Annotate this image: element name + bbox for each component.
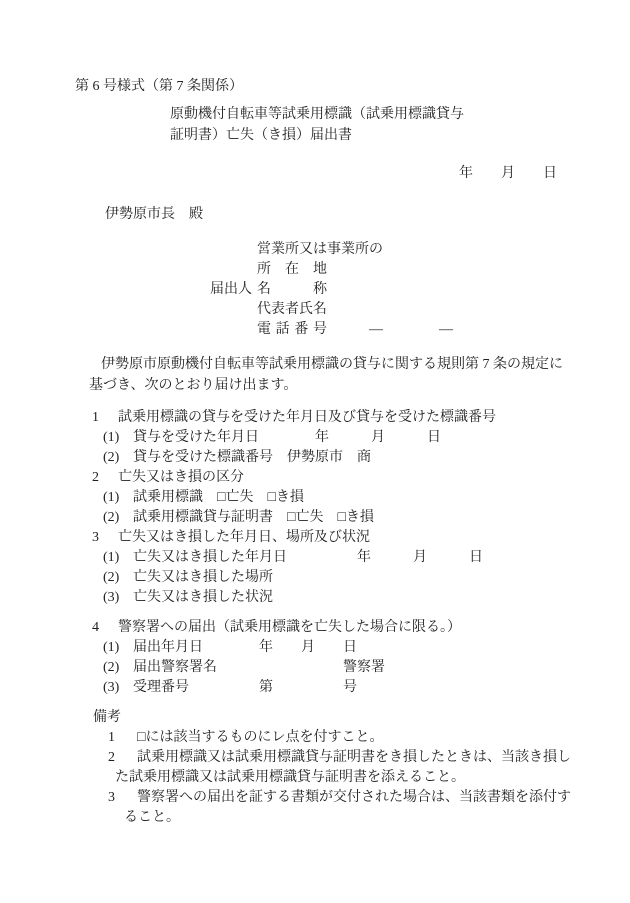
section-4-item-3: (3) 受理番号 第 号	[103, 678, 592, 698]
item-text: 届出年月日 年 月 日	[133, 638, 357, 658]
phone-label: 電話番号	[257, 320, 327, 340]
section-3-item-3: (3) 亡失又はき損した状況	[103, 588, 592, 608]
intro-paragraph: 伊勢原市原動機付自転車等試乗用標識の貸与に関する規則第 7 条の規定に 基づき、…	[89, 354, 569, 396]
item-text-with-checkboxes: 試乗用標識 □亡失 □き損	[133, 488, 304, 508]
document-page: 第 6 号様式（第 7 条関係） 原動機付自転車等試乗用標識（試乗用標識貸与 証…	[0, 0, 630, 903]
applicant-office-line: 営業所又は事業所の	[257, 240, 453, 260]
item-number: (1)	[103, 548, 133, 568]
applicant-label: 届出人	[210, 280, 252, 300]
document-title: 原動機付自転車等試乗用標識（試乗用標識貸与 証明書）亡失（き損）届出書	[170, 104, 464, 146]
date-line: 年 月 日	[0, 164, 630, 184]
applicant-fields: 営業所又は事業所の 所在地 名称 代表者氏名 電話番号 ― ―	[257, 240, 453, 340]
item-number: (2)	[103, 568, 133, 588]
section-2-heading: 2 亡失又はき損の区分	[92, 468, 592, 488]
item-number: (2)	[103, 508, 133, 528]
form-body: 1 試乗用標識の貸与を受けた年月日及び貸与を受けた標識番号 (1) 貸与を受けた…	[92, 408, 592, 828]
item-number: (3)	[103, 588, 133, 608]
section-1-title: 試乗用標識の貸与を受けた年月日及び貸与を受けた標識番号	[118, 408, 496, 428]
title-line-1: 原動機付自転車等試乗用標識（試乗用標識貸与	[170, 104, 464, 125]
item-text-with-checkboxes: 試乗用標識貸与証明書 □亡失 □き損	[133, 508, 374, 528]
section-1-item-2: (2) 貸与を受けた標識番号 伊勢原市 商	[103, 448, 592, 468]
intro-line-1: 伊勢原市原動機付自転車等試乗用標識の貸与に関する規則第 7 条の規定に	[89, 354, 569, 375]
remark-1: 1 □には該当するものにレ点を付すこと。	[108, 728, 592, 748]
remark-text: 試乗用標識又は試乗用標識貸与証明書をき損したときは、当該き損し	[137, 748, 571, 768]
item-text: 亡失又はき損した年月日 年 月 日	[133, 548, 483, 568]
remark-text: 警察署への届出を証する書類が交付された場合は、当該書類を添付す	[137, 788, 571, 808]
section-3-heading: 3 亡失又はき損した年月日、場所及び状況	[92, 528, 592, 548]
section-3-item-2: (2) 亡失又はき損した場所	[103, 568, 592, 588]
intro-line-2: 基づき、次のとおり届け出ます。	[89, 375, 569, 396]
representative-label: 代表者氏名	[257, 300, 327, 320]
item-text: 亡失又はき損した場所	[133, 568, 273, 588]
section-3-title: 亡失又はき損した年月日、場所及び状況	[118, 528, 370, 548]
title-line-2: 証明書）亡失（き損）届出書	[170, 125, 464, 146]
item-text: 届出警察署名 警察署	[133, 658, 385, 678]
applicant-address-row: 所在地	[257, 260, 453, 280]
remark-2-continuation: た試乗用標識又は試乗用標識貸与証明書を添えること。	[115, 768, 592, 788]
section-4-item-2: (2) 届出警察署名 警察署	[103, 658, 592, 678]
remark-3: 3 警察署への届出を証する書類が交付された場合は、当該書類を添付す	[108, 788, 592, 808]
section-1-item-1: (1) 貸与を受けた年月日 年 月 日	[103, 428, 592, 448]
section-3-item-1: (1) 亡失又はき損した年月日 年 月 日	[103, 548, 592, 568]
applicant-representative-row: 代表者氏名	[257, 300, 453, 320]
section-1-number: 1	[92, 408, 118, 428]
item-text: 貸与を受けた年月日 年 月 日	[133, 428, 441, 448]
remarks-heading: 備考	[93, 708, 592, 728]
section-2-title: 亡失又はき損の区分	[118, 468, 244, 488]
remark-2: 2 試乗用標識又は試乗用標識貸与証明書をき損したときは、当該き損し	[108, 748, 592, 768]
remark-text: □には該当するものにレ点を付すこと。	[137, 728, 383, 748]
item-number: (1)	[103, 488, 133, 508]
form-number: 第 6 号様式（第 7 条関係）	[75, 77, 243, 97]
section-4-title: 警察署への届出（試乗用標識を亡失した場合に限る。）	[118, 618, 461, 638]
section-2-item-1: (1) 試乗用標識 □亡失 □き損	[103, 488, 592, 508]
section-2-item-2: (2) 試乗用標識貸与証明書 □亡失 □き損	[103, 508, 592, 528]
remark-3-continuation: ること。	[124, 808, 592, 828]
address-label: 所在地	[257, 260, 327, 280]
name-label: 名称	[257, 280, 327, 300]
section-3-number: 3	[92, 528, 118, 548]
remark-number: 1	[108, 728, 137, 748]
remark-number: 3	[108, 788, 137, 808]
item-text: 受理番号 第 号	[133, 678, 357, 698]
remarks-block: 備考 1 □には該当するものにレ点を付すこと。 2 試乗用標識又は試乗用標識貸与…	[92, 708, 592, 828]
applicant-name-row: 名称	[257, 280, 453, 300]
addressee: 伊勢原市長 殿	[105, 205, 203, 225]
section-4-heading: 4 警察署への届出（試乗用標識を亡失した場合に限る。）	[92, 618, 592, 638]
phone-value: ― ―	[327, 322, 453, 337]
item-number: (1)	[103, 428, 133, 448]
section-2-number: 2	[92, 468, 118, 488]
item-number: (2)	[103, 658, 133, 678]
section-1-heading: 1 試乗用標識の貸与を受けた年月日及び貸与を受けた標識番号	[92, 408, 592, 428]
section-4-number: 4	[92, 618, 118, 638]
item-text: 貸与を受けた標識番号 伊勢原市 商	[133, 448, 371, 468]
remark-number: 2	[108, 748, 137, 768]
applicant-block: 届出人 営業所又は事業所の 所在地 名称 代表者氏名 電話番号 ― ―	[210, 240, 453, 340]
item-number: (3)	[103, 678, 133, 698]
item-number: (2)	[103, 448, 133, 468]
item-number: (1)	[103, 638, 133, 658]
applicant-phone-row: 電話番号 ― ―	[257, 320, 453, 340]
section-4-item-1: (1) 届出年月日 年 月 日	[103, 638, 592, 658]
item-text: 亡失又はき損した状況	[133, 588, 273, 608]
